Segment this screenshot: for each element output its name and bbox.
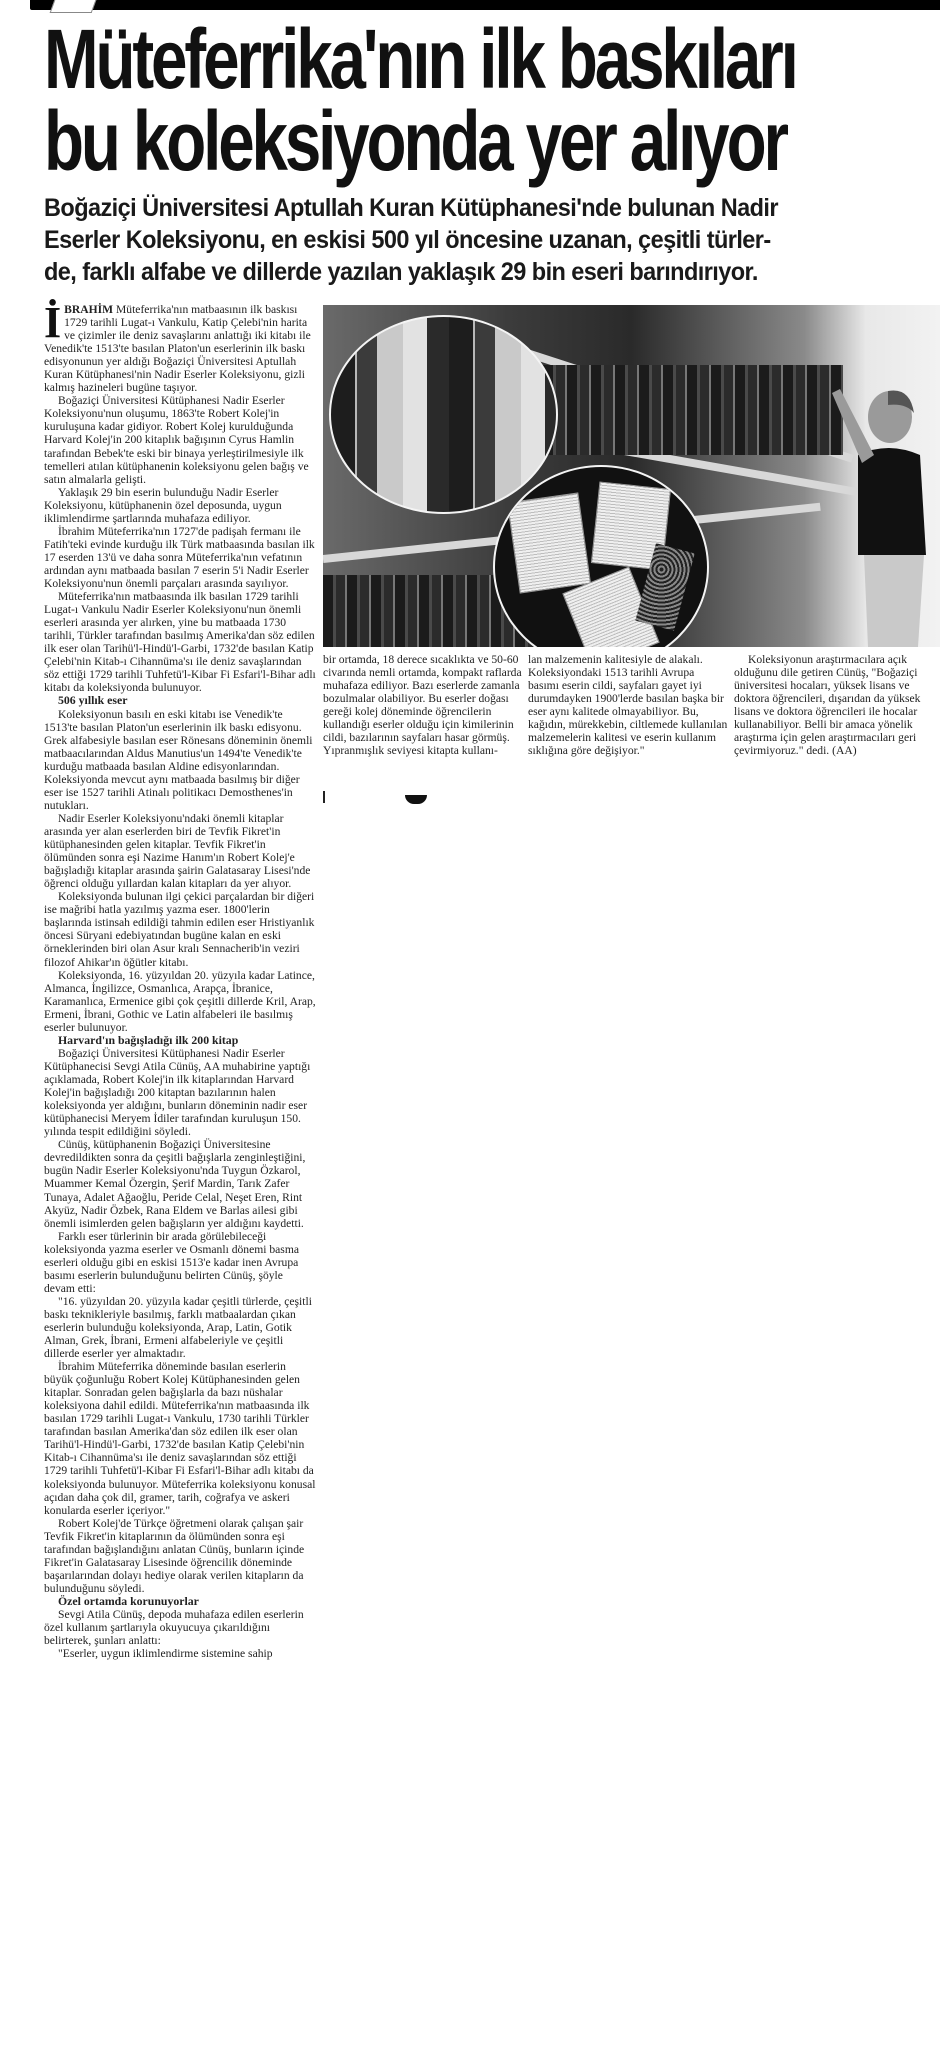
deck-subtitle: Boğaziçi Üniversitesi Aptullah Kuran Küt… (44, 192, 890, 288)
top-banner-bar (30, 0, 940, 10)
body-paragraph: "Eserler, uygun iklimlendirme sistemine … (44, 1647, 316, 1660)
subheading-ozel-ortam: Özel ortamda korunuyorlar (44, 1595, 316, 1608)
librarian-figure (828, 385, 940, 647)
body-paragraph: İbrahim Müteferrika'nın 1727'de padişah … (44, 525, 316, 590)
body-paragraph: "16. yüzyıldan 20. yüzyıla kadar çeşitli… (44, 1295, 316, 1360)
body-paragraph: Cünüş, kütüphanenin Boğaziçi Üniversites… (44, 1138, 316, 1229)
deck-line-2: Eserler Koleksiyonu, en eskisi 500 yıl ö… (44, 224, 890, 256)
inset-open-manuscripts (493, 465, 709, 647)
column-mark (323, 791, 325, 803)
library-photo (323, 305, 940, 647)
body-paragraph: Boğaziçi Üniversitesi Kütüphanesi Nadir … (44, 394, 316, 485)
body-paragraph: Farklı eser türlerinin bir arada görüleb… (44, 1230, 316, 1295)
body-paragraph: İbrahim Müteferrika döneminde basılan es… (44, 1360, 316, 1517)
body-paragraph: Koleksiyonda, 16. yüzyıldan 20. yüzyıla … (44, 969, 316, 1034)
body-paragraph: Sevgi Atila Cünüş, depoda muhafaza edile… (44, 1608, 316, 1647)
body-paragraph: Koleksiyonda bulunan ilgi çekici parçala… (44, 890, 316, 968)
subheading-506: 506 yıllık eser (44, 694, 316, 707)
body-paragraph: Koleksiyonun araştırmacılara açık olduğu… (734, 653, 938, 757)
inset-book-spines (329, 315, 558, 514)
page-fold-mark (405, 795, 427, 804)
body-paragraph: bir ortamda, 18 derece sıcaklıkta ve 50-… (323, 653, 523, 757)
lead-text: Müteferrika'nın matbaasının ilk baskısı … (44, 303, 311, 394)
body-paragraph: lan malzemenin kalitesiyle de alakalı. K… (528, 653, 728, 757)
body-paragraph: Yaklaşık 29 bin eserin bulunduğu Nadir E… (44, 486, 316, 525)
book-row (543, 365, 843, 455)
article-column-2: bir ortamda, 18 derece sıcaklıkta ve 50-… (323, 653, 523, 757)
body-paragraph: Koleksiyonun basılı en eski kitabı ise V… (44, 708, 316, 812)
body-paragraph: Müteferrika'nın matbaasında ilk basılan … (44, 590, 316, 694)
manuscript-page (507, 492, 591, 593)
subheading-harvard: Harvard'ın bağışladığı ilk 200 kitap (44, 1034, 316, 1047)
lead-bold-word: BRAHİM (64, 303, 113, 316)
deck-line-1: Boğaziçi Üniversitesi Aptullah Kuran Küt… (44, 192, 890, 224)
headline: Müteferrika'nın ilk baskıları bu koleksi… (44, 18, 746, 182)
headline-line-2: bu koleksiyonda yer alıyor (44, 100, 746, 182)
headline-line-1: Müteferrika'nın ilk baskıları (44, 18, 746, 100)
deck-line-3: de, farklı alfabe ve dillerde yazılan ya… (44, 256, 890, 288)
lead-paragraph: İBRAHİM Müteferrika'nın matbaasının ilk … (44, 303, 316, 394)
body-paragraph: Boğaziçi Üniversitesi Kütüphanesi Nadir … (44, 1047, 316, 1138)
body-paragraph: Robert Kolej'de Türkçe öğretmeni olarak … (44, 1517, 316, 1595)
article-column-4: Koleksiyonun araştırmacılara açık olduğu… (734, 653, 938, 757)
drop-cap: İ (44, 305, 61, 341)
article-column-1: İBRAHİM Müteferrika'nın matbaasının ilk … (44, 303, 316, 1660)
article-column-3: lan malzemenin kalitesiyle de alakalı. K… (528, 653, 728, 757)
body-paragraph: Nadir Eserler Koleksiyonu'ndaki önemli k… (44, 812, 316, 890)
